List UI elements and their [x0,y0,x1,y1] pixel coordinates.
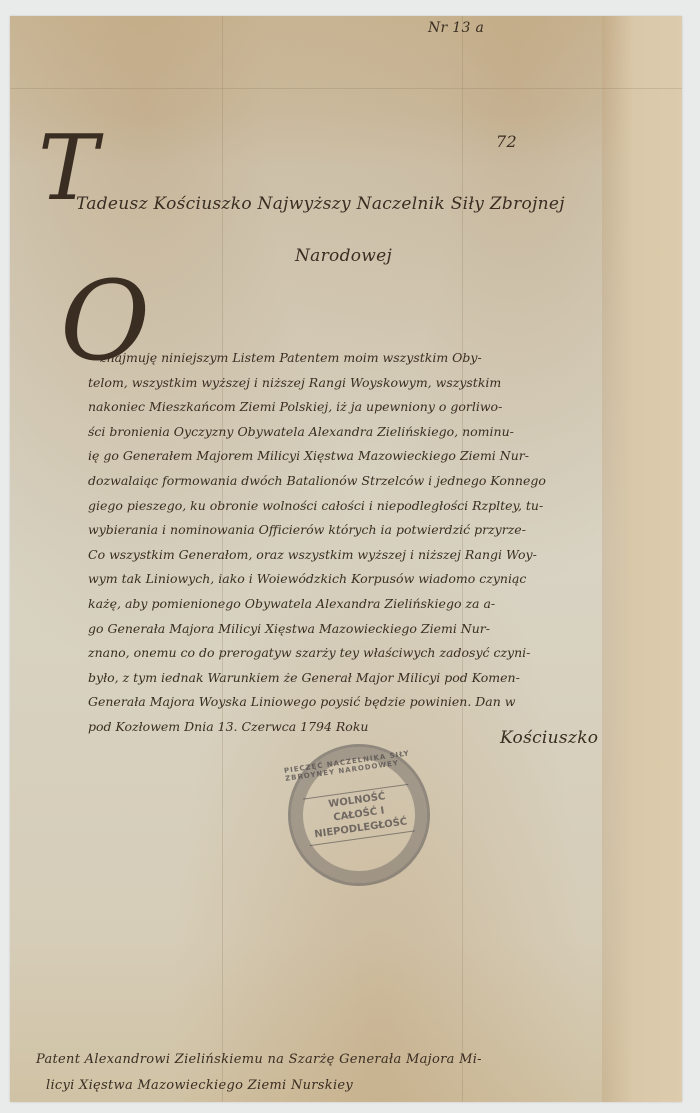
seal-ring-text: PIECZĘĆ NACZELNIKA SIŁY ZBROYNEY NARODOW… [284,748,421,783]
body-line: nakoniec Mieszkańcom Ziemi Polskiej, iż … [88,395,546,420]
body-line: go Generała Majora Milicyi Xięstwa Mazow… [88,617,546,642]
fold-line [10,88,682,89]
body-line: znajmuję niniejszym Listem Patentem moim… [88,346,546,371]
wax-seal-stamp: PIECZĘĆ NACZELNIKA SIŁY ZBROYNEY NARODOW… [279,735,439,895]
body-line: telom, wszystkim wyższej i niższej Rangi… [88,371,546,396]
body-line: giego pieszego, ku obronie wolności cało… [88,494,546,519]
reference-number: Nr 13 a [428,20,484,36]
body-line: wybierania i nominowania Officierów któr… [88,518,546,543]
letter-body: znajmuję niniejszym Listem Patentem moim… [88,346,546,740]
manuscript-page: Nr 13 a 72 T Tadeusz Kościuszko Najwyższ… [10,16,682,1102]
body-line: Co wszystkim Generałom, oraz wszystkim w… [88,543,546,568]
seal-center: WOLNOŚĆ CAŁOŚĆ I NIEPODLEGŁOŚĆ [303,784,414,846]
body-line: dozwalaiąc formowania dwóch Batalionów S… [88,469,546,494]
endorsement-line-1: Patent Alexandrowi Zielińskiemu na Szarż… [36,1052,482,1067]
signature: Kościuszko [500,728,598,748]
body-line: każę, aby pomienionego Obywatela Alexand… [88,592,546,617]
page-number: 72 [496,132,517,151]
body-line: wym tak Liniowych, iako i Woiewódzkich K… [88,567,546,592]
body-line: ści bronienia Oyczyzny Obywatela Alexand… [88,420,546,445]
body-line: było, z tym iednak Warunkiem że Generał … [88,666,546,691]
body-line-date: pod Kozłowem Dnia 13. Czerwca 1794 Roku [88,715,546,740]
heading-line-2: Narodowej [295,246,392,266]
body-line: znano, onemu co do prerogatyw szarży tey… [88,641,546,666]
damaged-right-margin [602,16,682,1102]
heading-line-1: Tadeusz Kościuszko Najwyższy Naczelnik S… [76,194,565,214]
endorsement-line-2: licyi Xięstwa Mazowieckiego Ziemi Nurski… [46,1078,353,1093]
body-line: ię go Generałem Majorem Milicyi Xięstwa … [88,444,546,469]
body-line: Generała Majora Woyska Liniowego poysić … [88,690,546,715]
